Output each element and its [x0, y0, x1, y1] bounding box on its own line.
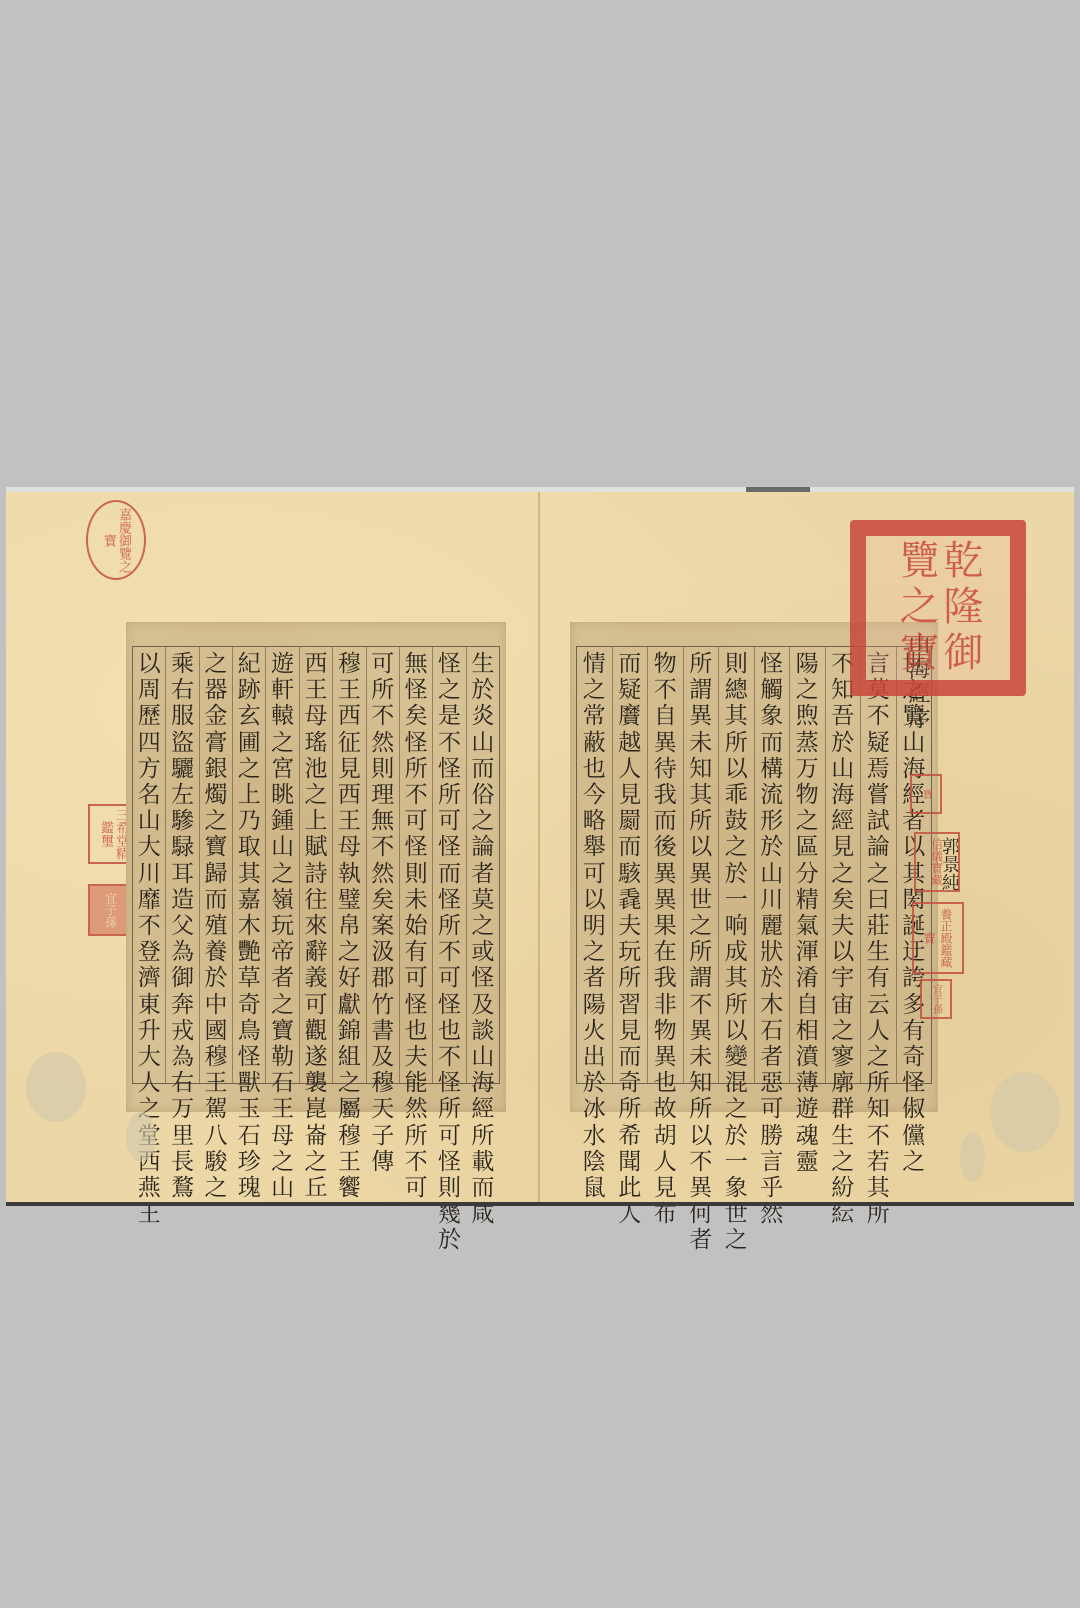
character: 濟: [138, 965, 161, 991]
character: 母: [305, 703, 328, 729]
character: 穆: [338, 1123, 361, 1149]
character: 莊: [867, 913, 890, 939]
character: 之: [831, 1018, 854, 1044]
character: 母: [271, 1123, 294, 1149]
character: 所: [438, 913, 461, 939]
character: 可: [583, 861, 606, 887]
character: 異: [654, 730, 677, 756]
character: 異: [654, 861, 677, 887]
seal-text: 嘉慶御覽之寶: [101, 502, 131, 578]
character: 石: [271, 1070, 294, 1096]
character: 以: [831, 939, 854, 965]
character: 能: [405, 1070, 428, 1096]
character: 山: [138, 808, 161, 834]
character: 總: [725, 677, 748, 703]
text-column: 西王母瑤池之上賦詩往來辭義可觀遂襲崑崙之丘: [299, 647, 332, 1083]
character: 怪: [438, 651, 461, 677]
character: 焉: [867, 756, 890, 782]
character: 於: [583, 1070, 606, 1096]
character: 謂: [689, 965, 712, 991]
character: 之: [271, 992, 294, 1018]
character: 王: [204, 1070, 227, 1096]
character: 然: [371, 861, 394, 887]
character: 之: [689, 913, 712, 939]
character: 之: [204, 1175, 227, 1201]
character: 水: [583, 1123, 606, 1149]
character: 人: [138, 1070, 161, 1096]
character: 者: [689, 1227, 712, 1253]
character: 煦: [796, 703, 819, 729]
character: 也: [438, 1018, 461, 1044]
character: 不: [689, 1149, 712, 1175]
text-column: 遊軒轅之宮眺鍾山之嶺玩帝者之寶勒石王母之山: [265, 647, 298, 1083]
character: 里: [171, 1123, 194, 1149]
character: 郡: [371, 965, 394, 991]
character: 觸: [760, 677, 783, 703]
character: 成: [725, 939, 748, 965]
character: 自: [796, 992, 819, 1018]
character: 屬: [338, 1096, 361, 1122]
character: 饗: [338, 1175, 361, 1201]
character: 名: [138, 782, 161, 808]
character: 未: [689, 730, 712, 756]
character: 崑: [305, 1096, 328, 1122]
character: 理: [371, 782, 394, 808]
character: 象: [725, 1175, 748, 1201]
character: 所: [405, 1123, 428, 1149]
character: 海: [471, 1070, 494, 1096]
character: 怪: [405, 677, 428, 703]
character: 盜: [171, 730, 194, 756]
character: 生: [471, 651, 494, 677]
character: 知: [689, 1070, 712, 1096]
right-column-grid: 世之覽山海經者以其閎誕迂誇多有奇怪俶儻之言莫不疑焉嘗試論之曰莊生有云人之所知不若…: [576, 646, 932, 1084]
character: 知: [867, 1096, 890, 1122]
character: 寥: [831, 1044, 854, 1070]
character: 驪: [171, 756, 194, 782]
character: 長: [171, 1149, 194, 1175]
character: 出: [583, 1044, 606, 1070]
character: 之: [471, 808, 494, 834]
character: 怪: [760, 651, 783, 677]
character: 矣: [371, 887, 394, 913]
character: 而: [204, 887, 227, 913]
character: 之: [204, 651, 227, 677]
character: 書: [371, 1018, 394, 1044]
character: 若: [867, 1149, 890, 1175]
character: 及: [471, 992, 494, 1018]
character: 然: [371, 730, 394, 756]
character: 池: [305, 756, 328, 782]
character: 不: [438, 1044, 461, 1070]
character: 川: [760, 887, 783, 913]
seal-text: 乾隆御覽之寶: [894, 536, 982, 680]
character: 見: [618, 782, 641, 808]
text-column: 陽之煦蒸万物之區分精氣渾淆自相濆薄遊魂靈: [789, 647, 825, 1083]
character: 金: [204, 703, 227, 729]
character: 物: [654, 651, 677, 677]
text-column: 言莫不疑焉嘗試論之曰莊生有云人之所知不若其所: [860, 647, 896, 1083]
character: 其: [725, 703, 748, 729]
character: 越: [618, 730, 641, 756]
text-column: 生於炎山而俗之論者莫之或怪及談山海經所載而咸: [466, 647, 499, 1083]
character: 木: [238, 913, 261, 939]
character: 其: [867, 1175, 890, 1201]
character: 征: [338, 730, 361, 756]
character: 陽: [796, 651, 819, 677]
character: 俗: [471, 782, 494, 808]
character: 非: [654, 992, 677, 1018]
character: 可: [760, 1096, 783, 1122]
character: 陽: [583, 992, 606, 1018]
character: 則: [371, 756, 394, 782]
text-column: 則總其所以乖鼓之於一响成其所以變混之於一象世之: [718, 647, 754, 1083]
character: 奇: [238, 992, 261, 1018]
seal-text: 寶: [919, 789, 934, 799]
text-column: 以周歷四方名山大川靡不登濟東升大人之堂西燕王: [133, 647, 165, 1083]
character: 母: [338, 834, 361, 860]
character: 後: [654, 834, 677, 860]
character: 異: [689, 703, 712, 729]
character: 義: [305, 965, 328, 991]
character: 遊: [796, 1096, 819, 1122]
character: 海: [831, 782, 854, 808]
character: 帛: [338, 913, 361, 939]
character: 者: [760, 1044, 783, 1070]
character: 生: [831, 1123, 854, 1149]
character: 怪: [902, 1070, 925, 1096]
character: 蔽: [583, 730, 606, 756]
character: 見: [831, 834, 854, 860]
character: 怪: [238, 1044, 261, 1070]
character: 鼠: [583, 1175, 606, 1201]
scan-bottom-edge: [6, 1202, 1074, 1206]
character: 右: [171, 1070, 194, 1096]
character: 可: [305, 992, 328, 1018]
character: 見: [338, 756, 361, 782]
character: 夫: [405, 1044, 428, 1070]
character: 象: [760, 703, 783, 729]
character: 寶: [271, 1018, 294, 1044]
character: 燕: [138, 1175, 161, 1201]
left-text-block: 生於炎山而俗之論者莫之或怪及談山海經所載而咸怪之是不怪所可怪而怪所不可怪也不怪所…: [126, 622, 506, 1112]
character: 人: [867, 1018, 890, 1044]
character: 膏: [204, 730, 227, 756]
character: 之: [271, 1149, 294, 1175]
character: 玄: [238, 703, 261, 729]
character: 而: [654, 808, 677, 834]
character: 好: [338, 965, 361, 991]
character: 大: [138, 1044, 161, 1070]
character: 矣: [405, 703, 428, 729]
character: 怪: [471, 965, 494, 991]
character: 之: [725, 1096, 748, 1122]
character: 可: [438, 808, 461, 834]
character: 王: [338, 677, 361, 703]
character: 璧: [338, 887, 361, 913]
character: 之: [725, 834, 748, 860]
character: 所: [725, 992, 748, 1018]
character: 怪: [438, 1070, 461, 1096]
character: 以: [138, 651, 161, 677]
character: 勒: [271, 1044, 294, 1070]
character: 怪: [438, 887, 461, 913]
character: 大: [138, 834, 161, 860]
character: 上: [238, 782, 261, 808]
character: 而: [618, 834, 641, 860]
character: 山: [271, 1175, 294, 1201]
character: 在: [654, 939, 677, 965]
character: 襲: [305, 1070, 328, 1096]
character: 有: [867, 965, 890, 991]
character: 混: [725, 1070, 748, 1096]
character: 濆: [796, 1044, 819, 1070]
character: 往: [305, 887, 328, 913]
character: 西: [305, 651, 328, 677]
character: 石: [760, 1018, 783, 1044]
seal-jiaqing-oval: 嘉慶御覽之寶: [86, 500, 146, 580]
character: 區: [796, 834, 819, 860]
character: 則: [725, 651, 748, 677]
character: 駿: [204, 1149, 227, 1175]
character: 万: [171, 1096, 194, 1122]
character: 登: [138, 939, 161, 965]
character: 儻: [902, 1123, 925, 1149]
character: 以: [725, 756, 748, 782]
character: 之: [583, 677, 606, 703]
character: 待: [654, 756, 677, 782]
character: 銀: [204, 756, 227, 782]
character: 胡: [654, 1123, 677, 1149]
character: 崙: [305, 1123, 328, 1149]
character: 玉: [238, 1096, 261, 1122]
character: 也: [583, 756, 606, 782]
character: 嘗: [867, 782, 890, 808]
character: 無: [405, 651, 428, 677]
character: 未: [405, 887, 428, 913]
left-column-grid: 生於炎山而俗之論者莫之或怪及談山海經所載而咸怪之是不怪所可怪而怪所不可怪也不怪所…: [132, 646, 500, 1084]
character: 罽: [618, 808, 641, 834]
character: 而: [618, 651, 641, 677]
character: 人: [618, 756, 641, 782]
character: 玩: [618, 939, 641, 965]
character: 鶩: [171, 1175, 194, 1201]
character: 之: [271, 730, 294, 756]
character: 今: [583, 782, 606, 808]
character: 者: [271, 965, 294, 991]
character: 可: [438, 965, 461, 991]
character: 跡: [238, 677, 261, 703]
character: 木: [760, 992, 783, 1018]
character: 奔: [171, 992, 194, 1018]
character: 父: [171, 913, 194, 939]
character: 宙: [831, 992, 854, 1018]
character: 疑: [867, 730, 890, 756]
character: 來: [305, 913, 328, 939]
character: 所: [471, 1123, 494, 1149]
character: 以: [689, 1123, 712, 1149]
character: 竹: [371, 992, 394, 1018]
seal-yizisun-right: 宜子孫: [920, 979, 952, 1019]
character: 而: [471, 1175, 494, 1201]
seal-title-small: 寶: [910, 774, 942, 814]
character: 物: [654, 1018, 677, 1044]
character: 夫: [831, 913, 854, 939]
water-stain: [990, 1072, 1060, 1152]
character: 可: [405, 965, 428, 991]
character: 賦: [305, 834, 328, 860]
character: 西: [338, 782, 361, 808]
character: 分: [796, 861, 819, 887]
character: 所: [618, 965, 641, 991]
character: 右: [171, 677, 194, 703]
character: 怪: [405, 730, 428, 756]
character: 國: [204, 1018, 227, 1044]
character: 載: [471, 1149, 494, 1175]
character: 之: [271, 861, 294, 887]
character: 所: [689, 1096, 712, 1122]
character: 是: [438, 703, 461, 729]
text-column: 所謂異未知其所以異世之所謂不異未知所以不異何者: [683, 647, 719, 1083]
character: 瑤: [305, 730, 328, 756]
character: 王: [338, 1149, 361, 1175]
character: 山: [471, 1044, 494, 1070]
character: 疑: [618, 677, 641, 703]
open-book-spread: 嘉慶御覽之寶 三希堂精鑑璽 宜子孫 生於炎山而俗之論者莫之或怪及談山海經所載而咸…: [6, 492, 1074, 1202]
character: 或: [471, 939, 494, 965]
character: 之: [867, 1044, 890, 1070]
character: 遊: [271, 651, 294, 677]
character: 世: [689, 887, 712, 913]
water-stain: [26, 1052, 86, 1122]
character: 之: [204, 808, 227, 834]
character: 王: [271, 1096, 294, 1122]
character: 之: [238, 756, 261, 782]
character: 不: [371, 834, 394, 860]
character: 經: [471, 1096, 494, 1122]
text-column: 怪之是不怪所可怪而怪所不可怪也不怪所可怪則幾於: [432, 647, 465, 1083]
character: 紀: [238, 651, 261, 677]
character: 之: [338, 1070, 361, 1096]
character: 矣: [831, 887, 854, 913]
character: 紛: [831, 1175, 854, 1201]
text-column: 可所不然則理無不然矣案汲郡竹書及穆天子傳: [366, 647, 399, 1083]
text-column: 無怪矣怪所不可怪則未始有可怪也夫能然所不可: [399, 647, 432, 1083]
character: 穆: [371, 1070, 394, 1096]
character: 故: [654, 1096, 677, 1122]
character: 異: [654, 1044, 677, 1070]
character: 案: [371, 913, 394, 939]
character: 騄: [171, 834, 194, 860]
character: 毳: [618, 887, 641, 913]
character: 自: [654, 703, 677, 729]
character: 異: [654, 887, 677, 913]
seal-text: 宜子孫: [929, 984, 944, 1014]
character: 云: [867, 992, 890, 1018]
character: 怪: [438, 992, 461, 1018]
character: 乃: [238, 808, 261, 834]
character: 山: [902, 730, 925, 756]
character: 山: [471, 730, 494, 756]
character: 錦: [338, 1018, 361, 1044]
character: 見: [618, 1018, 641, 1044]
character: 玩: [271, 913, 294, 939]
character: 為: [171, 939, 194, 965]
character: 聞: [618, 1149, 641, 1175]
character: 歸: [204, 861, 227, 887]
character: 可: [371, 651, 394, 677]
character: 乎: [760, 1175, 783, 1201]
character: 所: [405, 756, 428, 782]
character: 嘉: [238, 887, 261, 913]
character: 穆: [204, 1044, 227, 1070]
text-column: 紀跡玄圃之上乃取其嘉木艷草奇鳥怪獸玉石珍瑰: [232, 647, 265, 1083]
character: 而: [438, 861, 461, 887]
character: 淆: [796, 965, 819, 991]
character: 物: [796, 782, 819, 808]
character: 之: [471, 913, 494, 939]
character: 戎: [171, 1018, 194, 1044]
character: 構: [760, 756, 783, 782]
character: 遂: [305, 1044, 328, 1070]
character: 之: [438, 677, 461, 703]
character: 蒸: [796, 730, 819, 756]
character: 曰: [867, 887, 890, 913]
character: 黂: [618, 703, 641, 729]
character: 明: [583, 913, 606, 939]
character: 可: [405, 1175, 428, 1201]
character: 一: [725, 887, 748, 913]
character: 歷: [138, 703, 161, 729]
character: 之: [583, 939, 606, 965]
character: 談: [471, 1018, 494, 1044]
character: 常: [583, 703, 606, 729]
character: 不: [689, 992, 712, 1018]
seal-xinyi: 信儀寶藏: [914, 832, 960, 892]
character: 所: [689, 651, 712, 677]
seal-text: 三希堂精鑑璽: [98, 806, 128, 862]
character: 不: [138, 913, 161, 939]
character: 燭: [204, 782, 227, 808]
character: 習: [618, 992, 641, 1018]
character: 怪: [405, 992, 428, 1018]
character: 獸: [238, 1070, 261, 1096]
character: 鳥: [238, 1018, 261, 1044]
character: 所: [867, 1070, 890, 1096]
character: 炎: [471, 703, 494, 729]
character: 我: [654, 782, 677, 808]
character: 方: [138, 756, 161, 782]
character: 然: [405, 1096, 428, 1122]
character: 渾: [796, 939, 819, 965]
character: 不: [405, 782, 428, 808]
character: 石: [238, 1123, 261, 1149]
character: 魂: [796, 1123, 819, 1149]
character: 形: [760, 808, 783, 834]
character: 見: [654, 1175, 677, 1201]
character: 靈: [796, 1149, 819, 1175]
character: 於: [760, 834, 783, 860]
character: 王: [338, 808, 361, 834]
text-column: 怪觸象而構流形於山川麗狀於木石者惡可勝言乎然: [754, 647, 790, 1083]
character: 東: [138, 992, 161, 1018]
character: 於: [725, 1123, 748, 1149]
character: 流: [760, 782, 783, 808]
character: 不: [654, 677, 677, 703]
character: 不: [867, 1123, 890, 1149]
character: 也: [405, 1018, 428, 1044]
character: 之: [338, 939, 361, 965]
